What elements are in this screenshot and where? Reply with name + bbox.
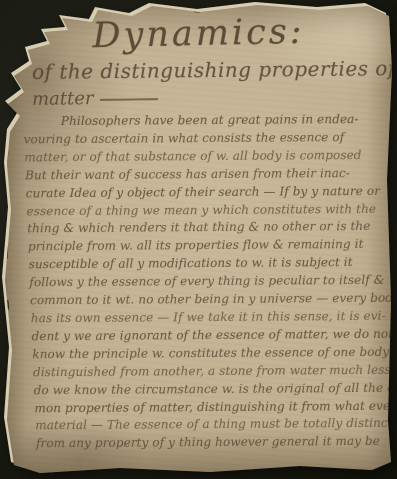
manuscript-page: 3 Dynamics: of the distinguishing proper… bbox=[0, 0, 397, 479]
body-text: Philosophers have been at great pains in… bbox=[23, 111, 390, 454]
flourish-line bbox=[100, 98, 158, 101]
manuscript-subtitle-line1: of the distinguishing properties of bbox=[32, 56, 391, 84]
photo-background: 3 Dynamics: of the distinguishing proper… bbox=[0, 0, 397, 479]
manuscript-title: Dynamics: bbox=[0, 10, 397, 58]
subtitle-word-matter: matter bbox=[32, 88, 94, 110]
manuscript-photo: 3 Dynamics: of the distinguishing proper… bbox=[0, 0, 397, 479]
manuscript-line: from any property of y thing however gen… bbox=[36, 433, 390, 453]
manuscript-subtitle-line2: matter bbox=[32, 87, 158, 110]
